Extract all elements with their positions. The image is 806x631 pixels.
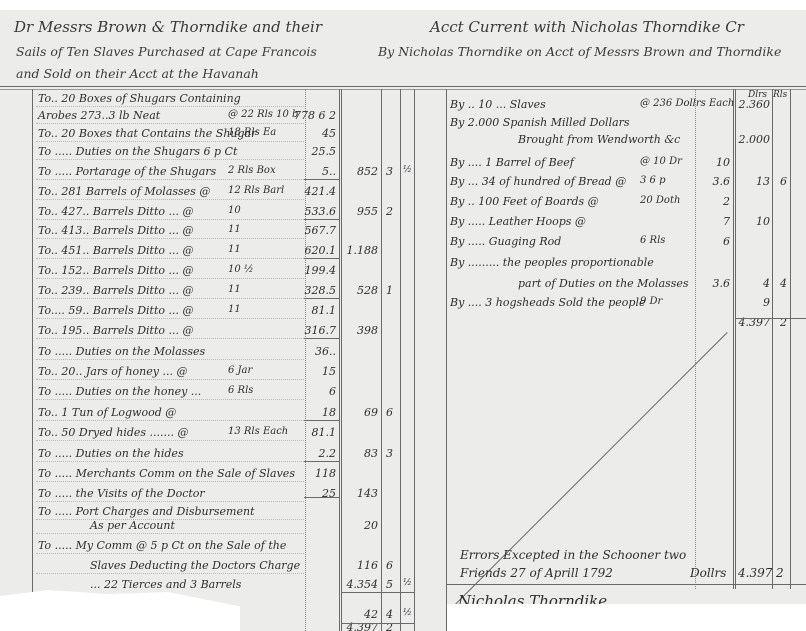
left-cents-rule xyxy=(381,89,382,631)
row-description: To.... 59.. Barrels Ditto ... @ xyxy=(38,304,194,317)
row-description: To.. 239.. Barrels Ditto ... @ xyxy=(38,284,194,297)
row-dotted-leader xyxy=(36,440,304,441)
credit-total-rule xyxy=(735,318,806,319)
row-total: 852 xyxy=(342,165,378,178)
subtotal-rule xyxy=(341,623,414,624)
row-subtotal: 118 xyxy=(260,467,336,480)
row-fraction: ½ xyxy=(403,165,412,175)
footer-rule xyxy=(447,584,806,585)
row-dotted-leader xyxy=(36,461,304,462)
row-subtotal: 421.4 xyxy=(260,185,336,198)
row-subtotal: 36.. xyxy=(260,345,336,358)
row-description: Slaves Deducting the Doctors Charge xyxy=(90,559,300,572)
dollars-total: 4.397 xyxy=(738,566,772,580)
row-subtotal: 533.6 xyxy=(260,205,336,218)
row-total: 2.000 xyxy=(736,133,770,146)
header-rule xyxy=(0,86,806,87)
row-total: 13 xyxy=(736,175,770,188)
row-description: To.. 20 Boxes of Shugars Containing xyxy=(38,92,241,105)
row-description: To.. 451.. Barrels Ditto ... @ xyxy=(38,244,194,257)
row-description: By 2.000 Spanish Milled Dollars xyxy=(450,116,630,129)
row-subtotal: 10 xyxy=(660,156,730,169)
row-subtotal: 3.6 xyxy=(660,277,730,290)
header-rule-2 xyxy=(0,89,806,90)
row-total: 4.354 xyxy=(342,578,378,591)
row-dotted-leader xyxy=(36,179,304,180)
row-subtotal: 6 xyxy=(660,235,730,248)
row-total: 42 xyxy=(342,608,378,621)
row-rate: 10 ½ xyxy=(228,264,254,275)
row-description: To ..... Duties on the Shugars 6 p Ct xyxy=(38,145,237,158)
row-dotted-leader xyxy=(36,123,304,124)
row-subtotal: 25 xyxy=(260,487,336,500)
row-dotted-leader xyxy=(36,501,304,502)
row-total: 116 xyxy=(342,559,378,572)
right-total-rule-b xyxy=(735,89,736,589)
row-total: 1.188 xyxy=(342,244,378,257)
row-dotted-leader xyxy=(36,379,304,380)
row-description: To ..... Merchants Comm on the Sale of S… xyxy=(38,467,295,480)
row-description: To.. 413.. Barrels Ditto ... @ xyxy=(38,224,194,237)
row-dotted-leader xyxy=(36,573,304,574)
row-subtotal: 25.5 xyxy=(260,145,336,158)
row-dotted-leader xyxy=(36,199,304,200)
row-description: To.. 20 Boxes that Contains the Shugar xyxy=(38,127,256,140)
header-line1-right: Acct Current with Nicholas Thorndike Cr xyxy=(430,18,744,36)
row-total: 10 xyxy=(736,215,770,228)
row-subtotal: 7 xyxy=(660,215,730,228)
row-description: To ..... Port Charges and Disbursement xyxy=(38,505,255,518)
row-subtotal: 81.1 xyxy=(260,426,336,439)
row-dotted-leader xyxy=(36,318,304,319)
row-subtotal: 316.7 xyxy=(260,324,336,337)
left-frac-rule xyxy=(400,89,401,631)
row-subtotal: 328.5 xyxy=(260,284,336,297)
row-description: To ..... Duties on the hides xyxy=(38,447,184,460)
col-reals-header: Rls xyxy=(773,90,787,100)
row-description: To ..... Duties on the honey ... xyxy=(38,385,201,398)
subtotal-rule xyxy=(304,258,340,259)
row-subtotal: 5.. xyxy=(260,165,336,178)
subtotal-rule xyxy=(304,219,340,220)
row-description: To.. 1 Tun of Logwood @ xyxy=(38,406,176,419)
row-cents: 6 xyxy=(386,406,393,419)
row-dotted-leader xyxy=(36,106,304,107)
row-description: ... 22 Tierces and 3 Barrels xyxy=(90,578,241,591)
row-description: By .... 1 Barrel of Beef xyxy=(450,156,574,169)
subtotal-rule xyxy=(341,592,414,593)
right-cents-rule xyxy=(772,89,773,589)
subtotal-rule xyxy=(304,497,340,498)
row-total: 955 xyxy=(342,205,378,218)
page-bottom-margin xyxy=(447,604,806,631)
subtotal-rule xyxy=(304,338,340,339)
row-total: 398 xyxy=(342,324,378,337)
row-dotted-leader xyxy=(36,258,304,259)
row-dotted-leader xyxy=(36,533,304,534)
row-cents: 4 xyxy=(780,277,787,290)
row-rate: 6 Rls xyxy=(228,385,253,396)
row-dotted-leader xyxy=(36,399,304,400)
row-cents: 1 xyxy=(386,284,393,297)
dollars-cents: 2 xyxy=(776,566,784,580)
row-description: As per Account xyxy=(90,519,175,532)
row-dotted-leader xyxy=(36,420,304,421)
row-description: To ..... Duties on the Molasses xyxy=(38,345,205,358)
row-subtotal: 45 xyxy=(260,127,336,140)
row-description: By ..... Guaging Rod xyxy=(450,235,561,248)
row-dotted-leader xyxy=(36,338,304,339)
row-subtotal: 81.1 xyxy=(260,304,336,317)
right-margin-rule xyxy=(446,89,447,631)
row-subtotal: 3.6 xyxy=(660,175,730,188)
row-subtotal: 199.4 xyxy=(260,264,336,277)
row-rate: @ 236 Dollrs Each xyxy=(640,98,734,109)
row-total: 143 xyxy=(342,487,378,500)
row-rate: 6 Jar xyxy=(228,365,252,376)
row-subtotal: 620.1 xyxy=(260,244,336,257)
row-description: To ..... My Comm @ 5 p Ct on the Sale of… xyxy=(38,539,286,552)
row-subtotal: 6 xyxy=(260,385,336,398)
header-line3: and Sold on their Acct at the Havanah xyxy=(16,66,259,81)
row-rate: 9 Dr xyxy=(640,296,662,307)
row-description: By .. 100 Feet of Boards @ xyxy=(450,195,599,208)
row-cents: 4 xyxy=(386,608,393,621)
row-subtotal: 2.2 xyxy=(260,447,336,460)
row-cents: 5 xyxy=(386,578,393,591)
row-dotted-leader xyxy=(36,278,304,279)
row-dotted-leader xyxy=(36,298,304,299)
row-total: 20 xyxy=(342,519,378,532)
header-line1-left: Dr Messrs Brown & Thorndike and their xyxy=(14,18,322,36)
row-rate: 11 xyxy=(228,244,241,255)
row-fraction: ½ xyxy=(403,608,412,618)
row-description: To.. 152.. Barrels Ditto ... @ xyxy=(38,264,194,277)
row-description: By .. 10 ... Slaves xyxy=(450,98,546,111)
row-dotted-leader xyxy=(36,159,304,160)
row-rate: 11 xyxy=(228,284,241,295)
row-total: 528 xyxy=(342,284,378,297)
dollars-label: Dollrs xyxy=(690,566,726,580)
row-dotted-leader xyxy=(36,481,304,482)
row-description: By ... 34 of hundred of Bread @ xyxy=(450,175,626,188)
row-cents: 2 xyxy=(386,205,393,218)
row-cents: 6 xyxy=(386,559,393,572)
row-total: 69 xyxy=(342,406,378,419)
row-dotted-leader xyxy=(36,219,304,220)
row-cents: 3 xyxy=(386,447,393,460)
left-margin-rule xyxy=(32,89,33,631)
right-end-rule xyxy=(790,89,791,589)
row-description: To ..... the Visits of the Doctor xyxy=(38,487,205,500)
row-fraction: ½ xyxy=(403,578,412,588)
left-end-rule xyxy=(414,89,415,631)
left-total-rule-a xyxy=(339,89,340,631)
row-description: By .... 3 hogsheads Sold the people xyxy=(450,296,645,309)
row-total: 83 xyxy=(342,447,378,460)
row-dotted-leader xyxy=(36,553,304,554)
row-description: By ..... Leather Hoops @ xyxy=(450,215,586,228)
page-margin xyxy=(0,0,806,10)
subtotal-rule xyxy=(304,179,340,180)
row-subtotal: 2 xyxy=(660,195,730,208)
subtotal-rule xyxy=(304,298,340,299)
row-description: By ......... the peoples proportionable xyxy=(450,256,654,269)
row-description: To.. 427.. Barrels Ditto ... @ xyxy=(38,205,194,218)
row-rate: 11 xyxy=(228,224,241,235)
row-description: To ..... Portarage of the Shugars xyxy=(38,165,216,178)
row-description: Arobes 273..3 lb Neat xyxy=(38,109,160,122)
errors-excepted-line2: Friends 27 of Aprill 1792 xyxy=(460,566,613,580)
row-dotted-leader xyxy=(36,238,304,239)
row-subtotal: 778 6 2 xyxy=(260,109,336,122)
header-line2-left: Sails of Ten Slaves Purchased at Cape Fr… xyxy=(16,44,317,59)
row-description: To.. 50 Dryed hides ....... @ xyxy=(38,426,189,439)
row-total: 2.360 xyxy=(736,98,770,111)
row-description: To.. 195.. Barrels Ditto ... @ xyxy=(38,324,194,337)
row-cents: 3 xyxy=(386,165,393,178)
row-subtotal: 15 xyxy=(260,365,336,378)
subtotal-rule xyxy=(304,420,340,421)
row-dotted-leader xyxy=(36,359,304,360)
row-total: 4 xyxy=(736,277,770,290)
errors-excepted-line1: Errors Excepted in the Schooner two xyxy=(460,548,686,562)
subtotal-rule xyxy=(304,461,340,462)
row-subtotal: 18 xyxy=(260,406,336,419)
row-description: To.. 281 Barrels of Molasses @ xyxy=(38,185,210,198)
row-subtotal: 567.7 xyxy=(260,224,336,237)
row-description: To.. 20.. Jars of honey ... @ xyxy=(38,365,187,378)
row-rate: 10 xyxy=(228,205,241,216)
row-rate: 11 xyxy=(228,304,241,315)
right-total-rule-a xyxy=(733,89,734,589)
row-total: 9 xyxy=(736,296,770,309)
row-cents: 6 xyxy=(780,175,787,188)
row-description: Brought from Wendworth &c xyxy=(518,133,680,146)
row-dotted-leader xyxy=(36,141,304,142)
header-line2-right: By Nicholas Thorndike on Acct of Messrs … xyxy=(378,44,781,59)
